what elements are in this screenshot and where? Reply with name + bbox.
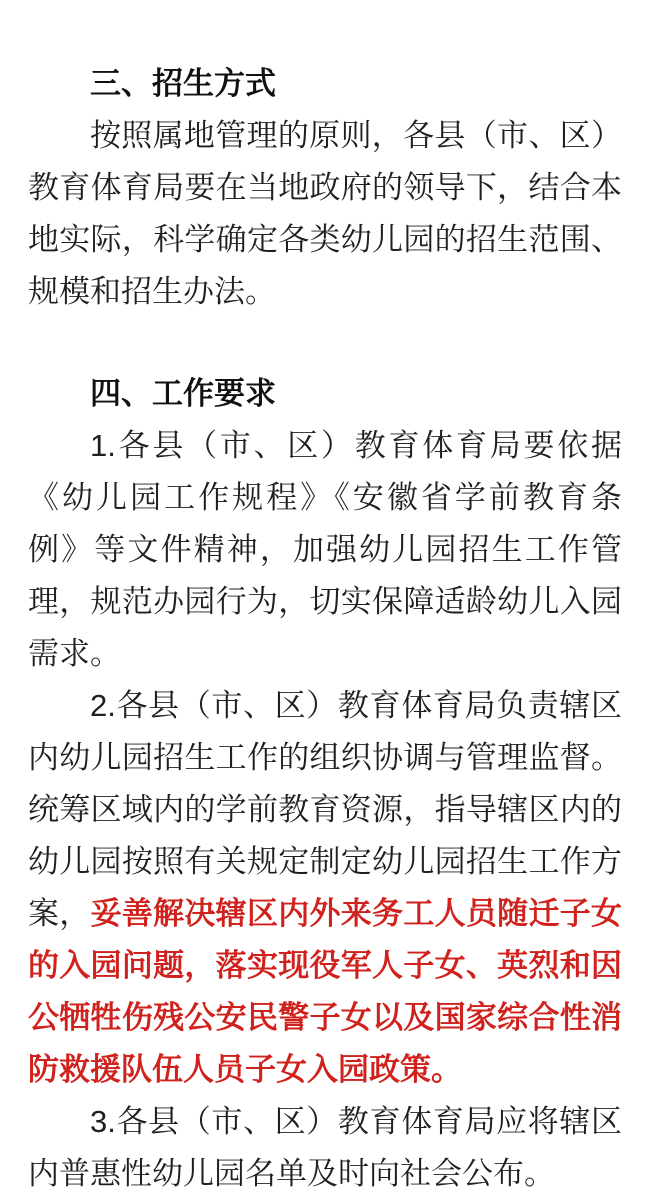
text-line: 地实际，科学确定各类幼儿园的招生范围、 [28,214,622,266]
text-line: 规模和招生办法。 [28,266,622,318]
text-line: 按照属地管理的原则，各县（市、区） [28,110,622,162]
paragraph: 1.各县（市、区）教育体育局要依据《幼儿园工作规程》《安徽省学前教育条例》等文件… [28,420,622,680]
text-line: 理，规范办园行为，切实保障适龄幼儿入园 [28,576,622,628]
text-run: 理，规范办园行为，切实保障适龄幼儿入园 [28,584,622,619]
text-run: 1.各县（市、区）教育体育局要依据 [90,428,622,463]
text-run: 3.各县（市、区）教育体育局应将辖区 [90,1104,622,1139]
text-line: 《幼儿园工作规程》《安徽省学前教育条 [28,472,622,524]
text-run: 例》等文件精神，加强幼儿园招生工作管 [28,532,622,567]
paragraph: 2.各县（市、区）教育体育局负责辖区内幼儿园招生工作的组织协调与管理监督。统筹区… [28,680,622,1096]
red-emphasis-run: 妥善解决辖区内外来务工人员随迁子女 [91,896,622,931]
paragraph: 3.各县（市、区）教育体育局应将辖区内普惠性幼儿园名单及时向社会公布。 [28,1096,622,1192]
text-line: 的入园问题，落实现役军人子女、英烈和因 [28,940,622,992]
text-line: 案，妥善解决辖区内外来务工人员随迁子女 [28,888,622,940]
text-line: 幼儿园按照有关规定制定幼儿园招生工作方 [28,836,622,888]
text-run: 按照属地管理的原则，各县（市、区） [90,118,622,153]
text-line: 3.各县（市、区）教育体育局应将辖区 [28,1096,622,1148]
text-line: 内幼儿园招生工作的组织协调与管理监督。 [28,732,622,784]
text-run: 幼儿园按照有关规定制定幼儿园招生工作方 [28,844,622,879]
text-line: 公牺牲伤残公安民警子女以及国家综合性消 [28,992,622,1044]
text-run: 地实际，科学确定各类幼儿园的招生范围、 [28,222,622,257]
text-run: 统筹区域内的学前教育资源，指导辖区内的 [28,792,622,827]
section-heading: 三、招生方式 [28,58,622,110]
paragraph: 按照属地管理的原则，各县（市、区）教育体育局要在当地政府的领导下，结合本地实际，… [28,110,622,318]
article-body: 三、招生方式按照属地管理的原则，各县（市、区）教育体育局要在当地政府的领导下，结… [0,0,650,1192]
text-line: 防救援队伍人员子女入园政策。 [28,1044,622,1096]
text-run: 2.各县（市、区）教育体育局负责辖区 [90,688,622,723]
text-line: 2.各县（市、区）教育体育局负责辖区 [28,680,622,732]
text-line: 1.各县（市、区）教育体育局要依据 [28,420,622,472]
text-run: 教育体育局要在当地政府的领导下，结合本 [28,170,622,205]
text-line: 统筹区域内的学前教育资源，指导辖区内的 [28,784,622,836]
text-run: 内普惠性幼儿园名单及时向社会公布。 [28,1156,555,1191]
red-emphasis-run: 公牺牲伤残公安民警子女以及国家综合性消 [28,1000,622,1035]
text-line: 内普惠性幼儿园名单及时向社会公布。 [28,1148,622,1192]
text-line: 例》等文件精神，加强幼儿园招生工作管 [28,524,622,576]
text-run: 需求。 [28,636,121,671]
text-run: 内幼儿园招生工作的组织协调与管理监督。 [28,740,622,775]
text-run: 规模和招生办法。 [28,274,276,309]
text-run: 案， [28,896,91,931]
text-line: 需求。 [28,628,622,680]
red-emphasis-run: 的入园问题，落实现役军人子女、英烈和因 [28,948,622,983]
red-emphasis-run: 防救援队伍人员子女入园政策。 [28,1052,462,1087]
text-run: 《幼儿园工作规程》《安徽省学前教育条 [28,480,622,515]
section-heading: 四、工作要求 [28,368,622,420]
text-line: 教育体育局要在当地政府的领导下，结合本 [28,162,622,214]
